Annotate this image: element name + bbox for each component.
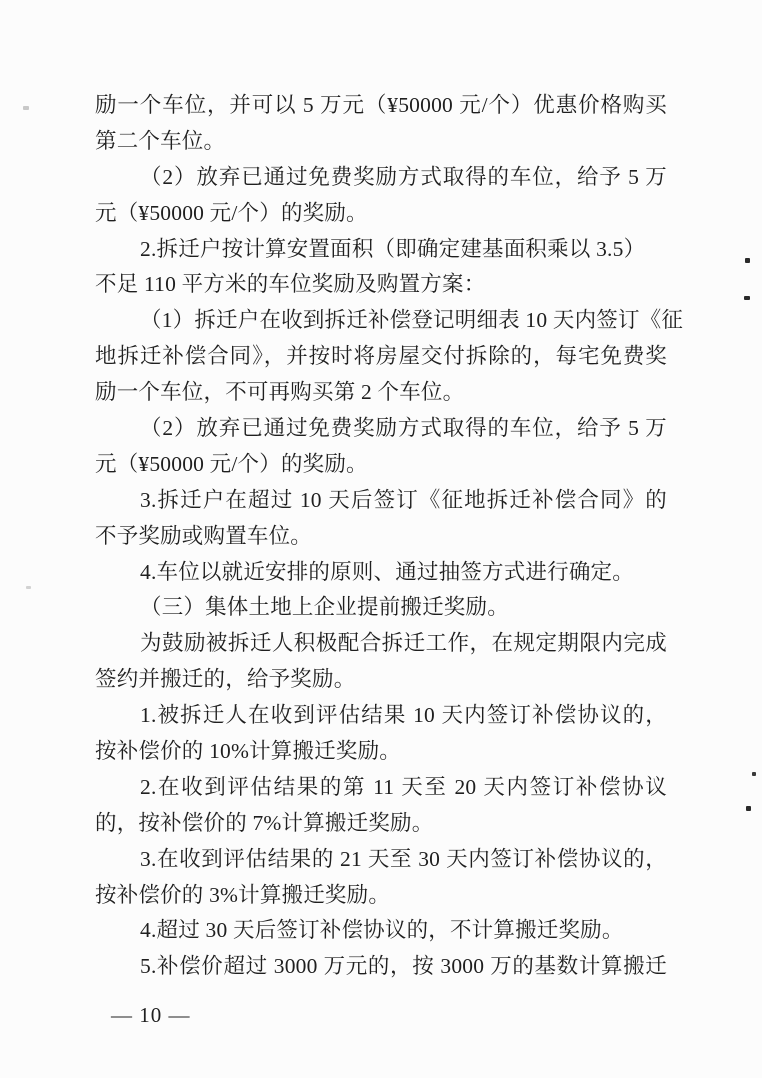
text-line: 励一个车位，不可再购买第 2 个车位。 xyxy=(95,375,667,411)
text-line: 不予奖励或购置车位。 xyxy=(95,519,667,555)
text-line: 励一个车位，并可以 5 万元（¥50000 元/个）优惠价格购买 xyxy=(95,88,667,124)
text-line: 3.拆迁户在超过 10 天后签订《征地拆迁补偿合同》的 xyxy=(95,483,667,519)
text-line: 按补偿价的 10%计算搬迁奖励。 xyxy=(95,734,667,770)
text-line: 2.拆迁户按计算安置面积（即确定建基面积乘以 3.5） xyxy=(95,232,667,268)
scan-speck xyxy=(26,586,31,589)
text-line: 签约并搬迁的，给予奖励。 xyxy=(95,662,667,698)
scan-speck xyxy=(23,106,29,110)
text-column: 励一个车位，并可以 5 万元（¥50000 元/个）优惠价格购买第二个车位。（2… xyxy=(95,88,667,985)
document-page: 励一个车位，并可以 5 万元（¥50000 元/个）优惠价格购买第二个车位。（2… xyxy=(0,0,762,1078)
text-line: 5.补偿价超过 3000 万元的，按 3000 万的基数计算搬迁 xyxy=(95,949,667,985)
text-line: 元（¥50000 元/个）的奖励。 xyxy=(95,447,667,483)
text-line: 4.超过 30 天后签订补偿协议的，不计算搬迁奖励。 xyxy=(95,913,667,949)
text-line: （1）拆迁户在收到拆迁补偿登记明细表 10 天内签订《征 xyxy=(95,303,667,339)
text-line: 的，按补偿价的 7%计算搬迁奖励。 xyxy=(95,806,667,842)
scan-speck xyxy=(752,772,756,776)
text-line: 1.被拆迁人在收到评估结果 10 天内签订补偿协议的， xyxy=(95,698,667,734)
text-line: （2）放弃已通过免费奖励方式取得的车位，给予 5 万 xyxy=(95,160,667,196)
scan-speck xyxy=(744,296,750,300)
text-line: 不足 110 平方米的车位奖励及购置方案： xyxy=(95,267,667,303)
text-line: 为鼓励被拆迁人积极配合拆迁工作，在规定期限内完成 xyxy=(95,626,667,662)
text-line: 3.在收到评估结果的 21 天至 30 天内签订补偿协议的， xyxy=(95,842,667,878)
page-number: — 10 — xyxy=(111,1003,191,1028)
text-line: 地拆迁补偿合同》，并按时将房屋交付拆除的，每宅免费奖 xyxy=(95,339,667,375)
text-line: 2.在收到评估结果的第 11 天至 20 天内签订补偿协议 xyxy=(95,770,667,806)
text-line: 按补偿价的 3%计算搬迁奖励。 xyxy=(95,878,667,914)
text-line: 第二个车位。 xyxy=(95,124,667,160)
text-line: （2）放弃已通过免费奖励方式取得的车位，给予 5 万 xyxy=(95,411,667,447)
scan-speck xyxy=(746,806,751,811)
text-line: （三）集体土地上企业提前搬迁奖励。 xyxy=(95,590,667,626)
text-line: 4.车位以就近安排的原则、通过抽签方式进行确定。 xyxy=(95,555,667,591)
text-line: 元（¥50000 元/个）的奖励。 xyxy=(95,196,667,232)
scan-speck xyxy=(745,258,750,263)
